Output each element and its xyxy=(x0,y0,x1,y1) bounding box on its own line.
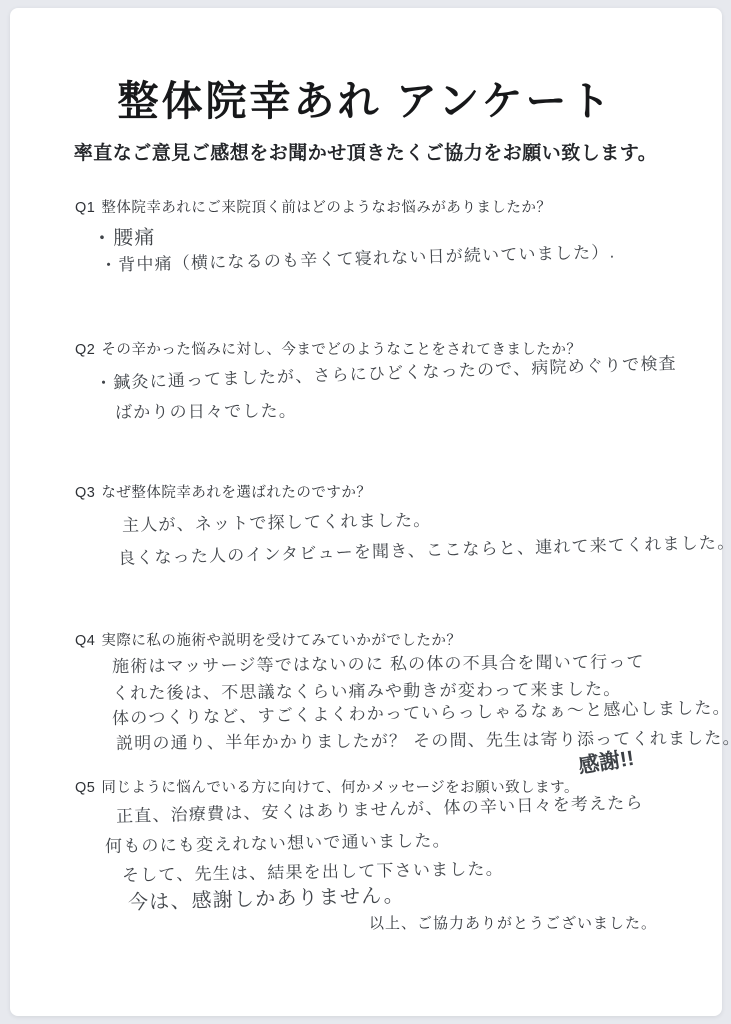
handwritten-answer-line: 説明の通り、半年かかりましたが？ その間、先生は寄り添ってくれました。 xyxy=(116,724,731,754)
question-1-label: Q1整体院幸あれにご来院頂く前はどのようなお悩みがありましたか？ xyxy=(75,196,685,217)
question-4-id: Q4 xyxy=(75,633,95,649)
question-3-label: Q3なぜ整体院幸あれを選ばれたのですか？ xyxy=(75,481,685,502)
page-background: 整体院幸あれ アンケート 率直なご意見ご感想をお聞かせ頂きたくご協力をお願い致し… xyxy=(0,0,731,1024)
handwritten-answer-line: ばかりの日々でした。 xyxy=(115,396,297,423)
question-5-id: Q5 xyxy=(75,780,95,796)
question-1-text: 整体院幸あれにご来院頂く前はどのようなお悩みがありましたか？ xyxy=(101,200,551,216)
question-4-text: 実際に私の施術や説明を受けてみていかがでしたか？ xyxy=(101,633,461,649)
survey-subtitle: 率直なご意見ご感想をお聞かせ頂きたくご協力をお願い致します。 xyxy=(0,138,731,165)
survey-title: 整体院幸あれ アンケート xyxy=(0,68,731,127)
handwritten-answer-line: 施術はマッサージ等ではないのに 私の体の不具合を聞いて行って xyxy=(112,647,645,677)
handwritten-answer-line: ・腰痛 xyxy=(92,221,156,251)
question-1-id: Q1 xyxy=(75,200,95,216)
question-3-id: Q3 xyxy=(75,485,95,501)
question-2-id: Q2 xyxy=(75,342,95,358)
question-3-text: なぜ整体院幸あれを選ばれたのですか？ xyxy=(101,485,371,501)
closing-note: 以上、ご協力ありがとうございました。 xyxy=(369,912,657,933)
